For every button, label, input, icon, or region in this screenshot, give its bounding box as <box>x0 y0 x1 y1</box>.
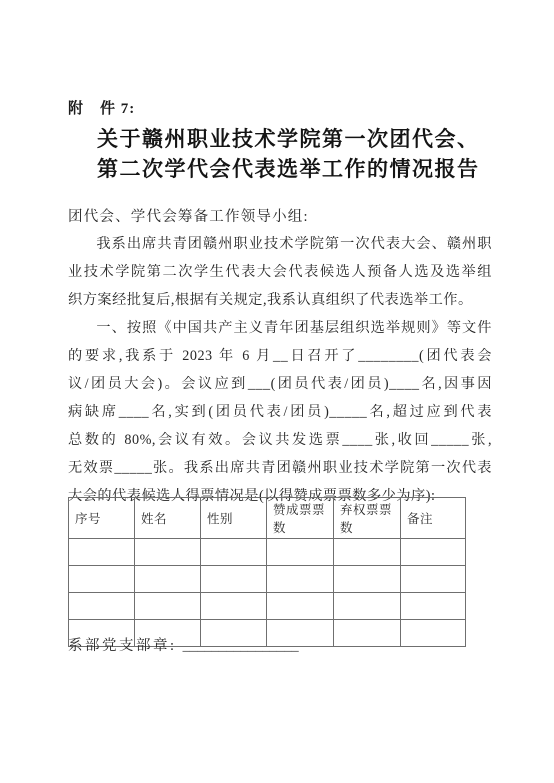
table-header-row: 序号 姓名 性别 赞成票票数 弃权票票数 备注 <box>69 498 466 539</box>
table-row <box>69 566 466 593</box>
document-title-line-2: 第二次学代会代表选举工作的情况报告 <box>97 154 497 184</box>
document-title-line-1: 关于赣州职业技术学院第一次团代会、 <box>97 124 497 154</box>
table-empty-cell <box>334 620 401 647</box>
table-empty-cell <box>334 593 401 620</box>
paragraph-2-line: 一、按照《中国共产主义青年团基层组织选举规则》等文件 <box>68 314 492 342</box>
table-empty-cell <box>334 539 401 566</box>
table-header-abstain-votes: 弃权票票数 <box>334 498 401 539</box>
table-empty-cell <box>401 620 466 647</box>
table-empty-cell <box>135 539 201 566</box>
table-empty-cell <box>69 566 135 593</box>
table-empty-cell <box>267 539 334 566</box>
paragraph-2-line: 无效票_____张。我系出席共青团赣州职业技术学院第一次代表 <box>68 454 492 482</box>
table-empty-cell <box>69 539 135 566</box>
results-table-body <box>69 539 466 647</box>
paragraph-2-line: 议/团员大会)。会议应到___(团员代表/团员)____名,因事因 <box>68 370 492 398</box>
table-empty-cell <box>267 593 334 620</box>
table-empty-cell <box>135 593 201 620</box>
table-header-name: 姓名 <box>135 498 201 539</box>
document-title: 关于赣州职业技术学院第一次团代会、 第二次学代会代表选举工作的情况报告 <box>97 124 497 184</box>
table-row <box>69 593 466 620</box>
paragraph-2: 一、按照《中国共产主义青年团基层组织选举规则》等文件 的要求,我系于 2023 … <box>68 314 492 510</box>
stamp-label: 系部党支部章: <box>68 638 177 654</box>
table-empty-cell <box>201 566 267 593</box>
vote-results-table: 序号 姓名 性别 赞成票票数 弃权票票数 备注 <box>68 497 466 647</box>
table-row <box>69 539 466 566</box>
table-empty-cell <box>401 566 466 593</box>
table-empty-cell <box>201 539 267 566</box>
paragraph-1: 我系出席共青团赣州职业技术学院第一次代表大会、赣州职 业技术学院第二次学生代表大… <box>68 230 492 314</box>
paragraph-1-line: 业技术学院第二次学生代表大会代表候选人预备人选及选举组 <box>68 258 492 286</box>
paragraph-2-line: 总数的 80%,会议有效。会议共发选票____张,收回_____张, <box>68 426 492 454</box>
table-empty-cell <box>135 566 201 593</box>
stamp-line: 系部党支部章: ________________ <box>68 634 299 655</box>
document-page: 附 件 7: 关于赣州职业技术学院第一次团代会、 第二次学代会代表选举工作的情况… <box>0 0 554 783</box>
paragraph-1-line: 织方案经批复后,根据有关规定,我系认真组织了代表选举工作。 <box>68 286 492 314</box>
table-empty-cell <box>69 593 135 620</box>
attachment-label: 附 件 7: <box>68 97 135 118</box>
table-empty-cell <box>401 539 466 566</box>
table-header-remarks: 备注 <box>401 498 466 539</box>
paragraph-2-line: 病缺席____名,实到(团员代表/团员)_____名,超过应到代表 <box>68 398 492 426</box>
table-empty-cell <box>267 566 334 593</box>
paragraph-1-line: 我系出席共青团赣州职业技术学院第一次代表大会、赣州职 <box>68 230 492 258</box>
table-header-serial-number: 序号 <box>69 498 135 539</box>
table-empty-cell <box>334 566 401 593</box>
paragraph-2-line: 的要求,我系于 2023 年 6 月__日召开了________(团代表会 <box>68 342 492 370</box>
stamp-blank-line: ________________ <box>183 638 299 654</box>
table-empty-cell <box>401 593 466 620</box>
table-header-approve-votes: 赞成票票数 <box>267 498 334 539</box>
table-empty-cell <box>201 593 267 620</box>
table-header-gender: 性别 <box>201 498 267 539</box>
salutation: 团代会、学代会筹备工作领导小组: <box>68 205 309 226</box>
